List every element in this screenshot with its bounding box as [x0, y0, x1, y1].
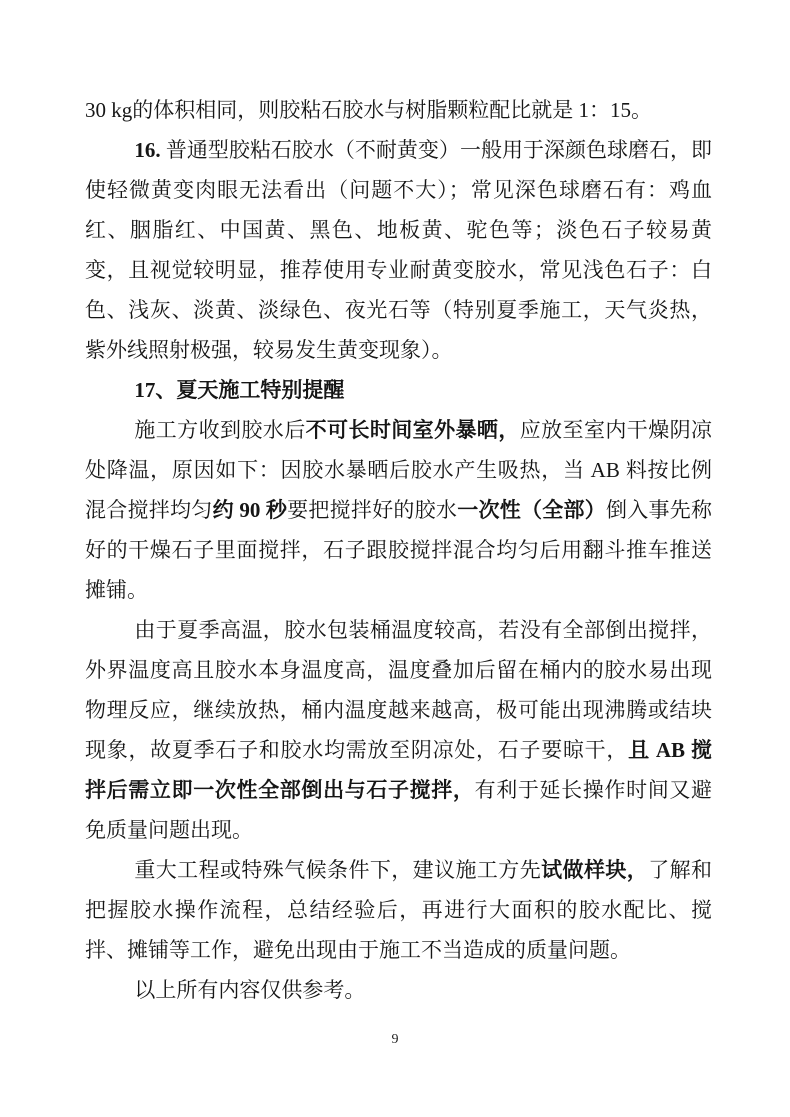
section-heading: 17、夏天施工特别提醒	[85, 370, 712, 410]
bold-text-segment: 约 90 秒	[213, 498, 288, 522]
bold-text-segment: 16.	[134, 138, 166, 162]
paragraph: 重大工程或特殊气候条件下，建议施工方先试做样块，了解和把握胶水操作流程，总结经验…	[85, 850, 712, 970]
text-segment: 由于夏季高温，胶水包装桶温度较高，若没有全部倒出搅拌，外界温度高且胶水本身温度高…	[85, 618, 712, 762]
bold-text-segment: 一次性（全部）	[457, 498, 606, 522]
text-segment: 重大工程或特殊气候条件下，建议施工方先	[134, 858, 541, 882]
text-segment: 要把搅拌好的胶水	[287, 498, 457, 522]
paragraph: 以上所有内容仅供参考。	[85, 970, 712, 1010]
text-segment: 普通型胶粘石胶水（不耐黄变）一般用于深颜色球磨石，即使轻微黄变肉眼无法看出（问题…	[85, 138, 712, 362]
text-segment: 30 kg的体积相同，则胶粘石胶水与树脂颗粒配比就是 1：15。	[85, 98, 652, 122]
text-segment: 施工方收到胶水后	[134, 418, 305, 442]
bold-text-segment: 试做样块，	[541, 858, 648, 882]
page-footer: 9	[0, 1032, 790, 1048]
paragraph: 16. 普通型胶粘石胶水（不耐黄变）一般用于深颜色球磨石，即使轻微黄变肉眼无法看…	[85, 130, 712, 370]
paragraph: 施工方收到胶水后不可长时间室外暴晒，应放至室内干燥阴凉处降温，原因如下：因胶水暴…	[85, 410, 712, 610]
document-body: 30 kg的体积相同，则胶粘石胶水与树脂颗粒配比就是 1：15。16. 普通型胶…	[85, 90, 712, 1010]
paragraph: 由于夏季高温，胶水包装桶温度较高，若没有全部倒出搅拌，外界温度高且胶水本身温度高…	[85, 610, 712, 850]
document-page: 30 kg的体积相同，则胶粘石胶水与树脂颗粒配比就是 1：15。16. 普通型胶…	[0, 0, 790, 1117]
page-number: 9	[392, 1032, 399, 1047]
bold-text-segment: 不可长时间室外暴晒，	[306, 418, 520, 442]
text-segment: 以上所有内容仅供参考。	[134, 978, 365, 1002]
paragraph: 30 kg的体积相同，则胶粘石胶水与树脂颗粒配比就是 1：15。	[85, 90, 712, 130]
bold-text-segment: 17、夏天施工特别提醒	[134, 378, 344, 402]
